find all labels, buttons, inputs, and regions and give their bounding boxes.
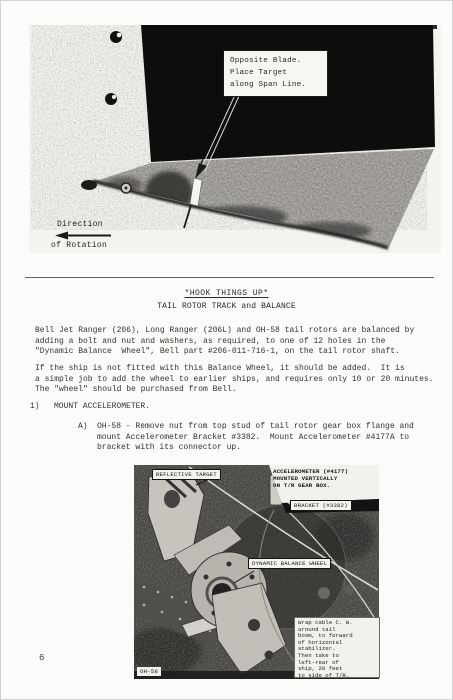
page-number: 6 — [39, 653, 44, 663]
step-1-number: 1) — [30, 402, 40, 413]
step-1-title: MOUNT ACCELEROMETER. — [54, 402, 150, 413]
rotation-arrow-icon — [55, 231, 113, 240]
direction-word: of Rotation — [51, 241, 161, 250]
paragraph-balance-wheel-note: If the ship is not fitted with this Bala… — [35, 364, 433, 396]
section-divider — [25, 277, 434, 278]
label-reflective-target: REFLECTIVE TARGET — [152, 469, 221, 480]
label-dynamic-balance-wheel: DYNAMIC BALANCE WHEEL — [248, 558, 331, 569]
label-bracket: BRACKET (#3382) — [290, 500, 352, 511]
step-a-letter: A) — [78, 422, 88, 433]
manual-page: Opposite Blade. Place Target along Span … — [0, 0, 453, 700]
paragraph-balance-info: Bell Jet Ranger (206), Long Ranger (206L… — [35, 326, 414, 358]
direction-word: Direction — [57, 220, 161, 229]
page-title: *HOOK THINGS UP* — [1, 289, 452, 298]
direction-of-rotation-label: Direction of Rotation — [51, 220, 161, 250]
note-wrap-cable: Wrap cable C. W. around tail boom, to fo… — [294, 617, 380, 678]
callout-opposite-blade: Opposite Blade. Place Target along Span … — [223, 50, 328, 97]
page-subtitle: TAIL ROTOR TRACK and BALANCE — [1, 302, 452, 311]
label-model-oh58: OH-58 — [137, 667, 161, 676]
step-a-text: OH-58 - Remove nut from top stud of tail… — [97, 422, 414, 454]
label-accelerometer: ACCELEROMETER (#4177) MOUNTED VERTICALLY… — [273, 468, 348, 490]
